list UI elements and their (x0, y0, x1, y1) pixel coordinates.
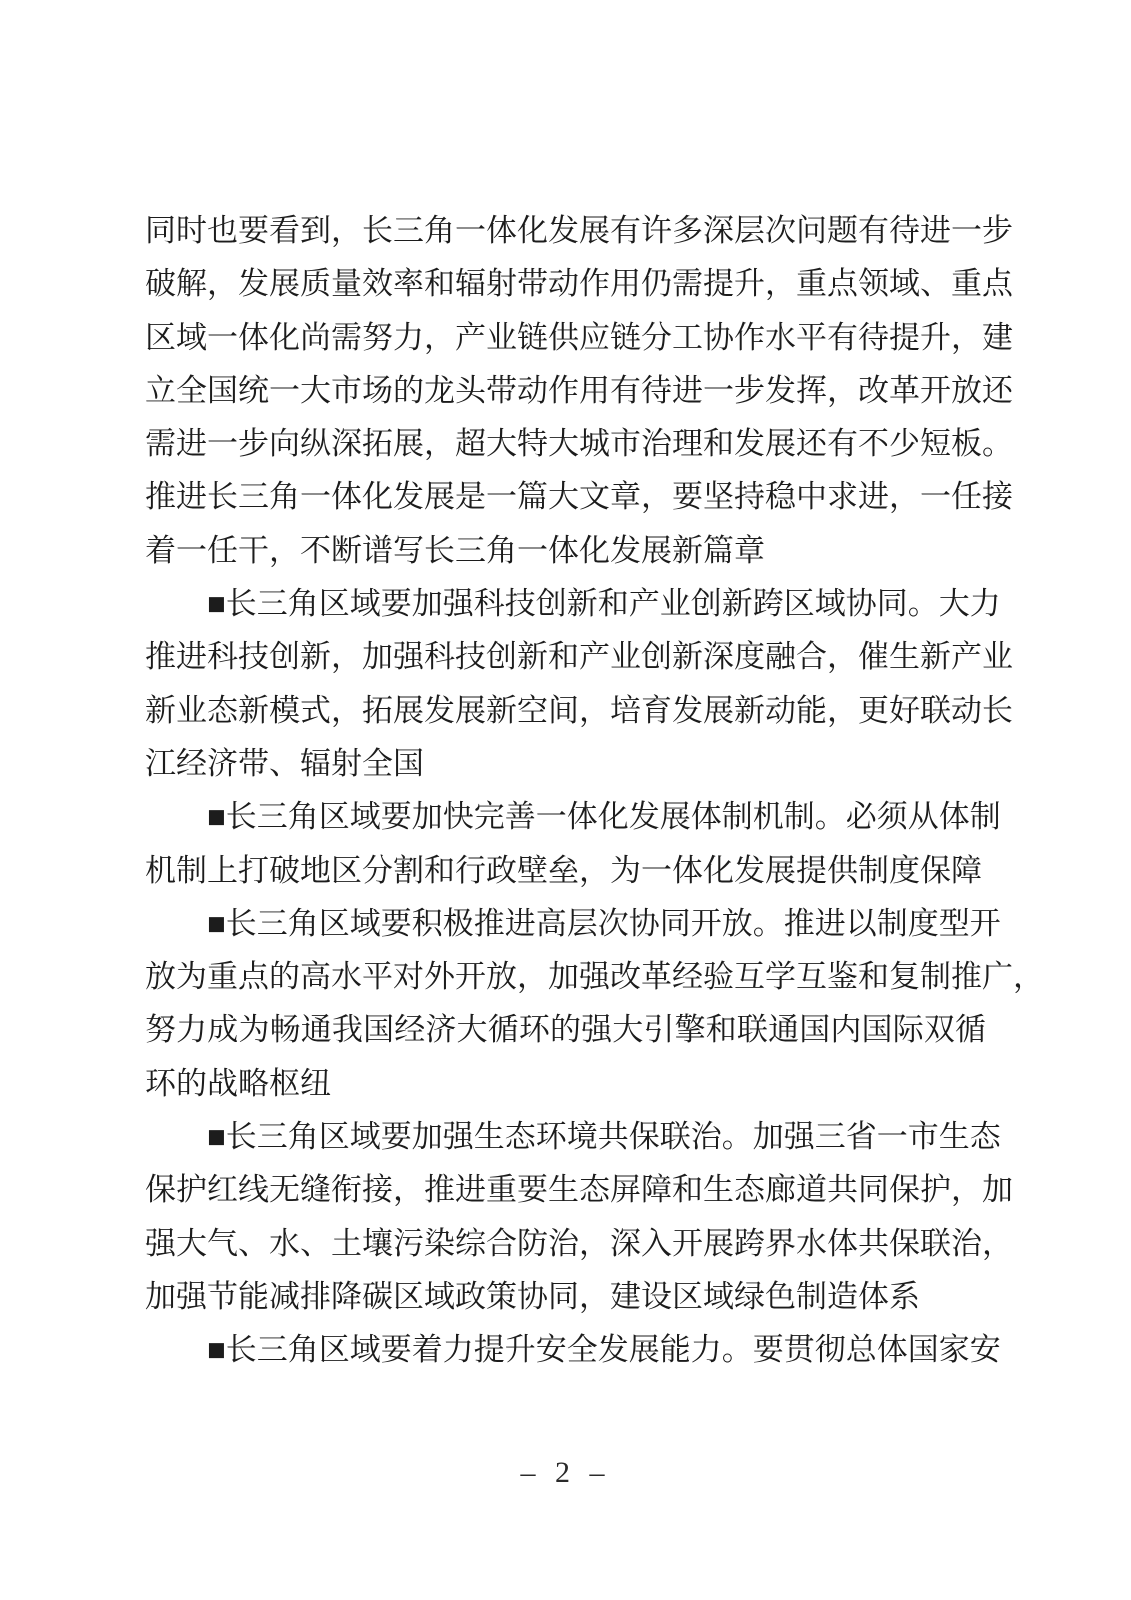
paragraph: ■长三角区域要积极推进高层次协同开放。推进以制度型开放为重点的高水平对外开放，加… (145, 897, 986, 1110)
text-line: 强大气、水、土壤污染综合防治，深入开展跨界水体共保联治， (145, 1217, 986, 1270)
text-line: 江经济带、辐射全国 (145, 737, 986, 790)
page-number: – 2 – (0, 1455, 1131, 1491)
text-line: 放为重点的高水平对外开放，加强改革经验互学互鉴和复制推广， (145, 950, 986, 1003)
paragraph: 同时也要看到，长三角一体化发展有许多深层次问题有待进一步破解，发展质量效率和辐射… (145, 204, 986, 577)
paragraph: ■长三角区域要加快完善一体化发展体制机制。必须从体制机制上打破地区分割和行政壁垒… (145, 790, 986, 897)
text-line: ■长三角区域要加强科技创新和产业创新跨区域协同。大力 (145, 577, 986, 630)
text-line: 需进一步向纵深拓展，超大特大城市治理和发展还有不少短板。 (145, 417, 986, 470)
paragraph: ■长三角区域要着力提升安全发展能力。要贯彻总体国家安 (145, 1323, 986, 1376)
text-line: 保护红线无缝衔接，推进重要生态屏障和生态廊道共同保护，加 (145, 1163, 986, 1216)
text-line: 区域一体化尚需努力，产业链供应链分工协作水平有待提升，建 (145, 311, 986, 364)
text-line: 努力成为畅通我国经济大循环的强大引擎和联通国内国际双循 (145, 1003, 986, 1056)
text-line: ■长三角区域要加快完善一体化发展体制机制。必须从体制 (145, 790, 986, 843)
text-line: 同时也要看到，长三角一体化发展有许多深层次问题有待进一步 (145, 204, 986, 257)
text-line: 推进长三角一体化发展是一篇大文章，要坚持稳中求进，一任接 (145, 470, 986, 523)
text-line: 机制上打破地区分割和行政壁垒，为一体化发展提供制度保障 (145, 844, 986, 897)
text-line: 立全国统一大市场的龙头带动作用有待进一步发挥，改革开放还 (145, 364, 986, 417)
text-line: 新业态新模式，拓展发展新空间，培育发展新动能，更好联动长 (145, 684, 986, 737)
text-line: ■长三角区域要积极推进高层次协同开放。推进以制度型开 (145, 897, 986, 950)
text-line: 破解，发展质量效率和辐射带动作用仍需提升，重点领域、重点 (145, 257, 986, 310)
text-line: 推进科技创新，加强科技创新和产业创新深度融合，催生新产业 (145, 630, 986, 683)
text-line: 着一任干，不断谱写长三角一体化发展新篇章 (145, 524, 986, 577)
paragraph: ■长三角区域要加强生态环境共保联治。加强三省一市生态保护红线无缝衔接，推进重要生… (145, 1110, 986, 1323)
text-line: 加强节能减排降碳区域政策协同，建设区域绿色制造体系 (145, 1270, 986, 1323)
text-line: ■长三角区域要加强生态环境共保联治。加强三省一市生态 (145, 1110, 986, 1163)
paragraph: ■长三角区域要加强科技创新和产业创新跨区域协同。大力推进科技创新，加强科技创新和… (145, 577, 986, 790)
text-line: ■长三角区域要着力提升安全发展能力。要贯彻总体国家安 (145, 1323, 986, 1376)
text-line: 环的战略枢纽 (145, 1057, 986, 1110)
document-page: 同时也要看到，长三角一体化发展有许多深层次问题有待进一步破解，发展质量效率和辐射… (0, 0, 1131, 1600)
document-body: 同时也要看到，长三角一体化发展有许多深层次问题有待进一步破解，发展质量效率和辐射… (145, 204, 986, 1377)
